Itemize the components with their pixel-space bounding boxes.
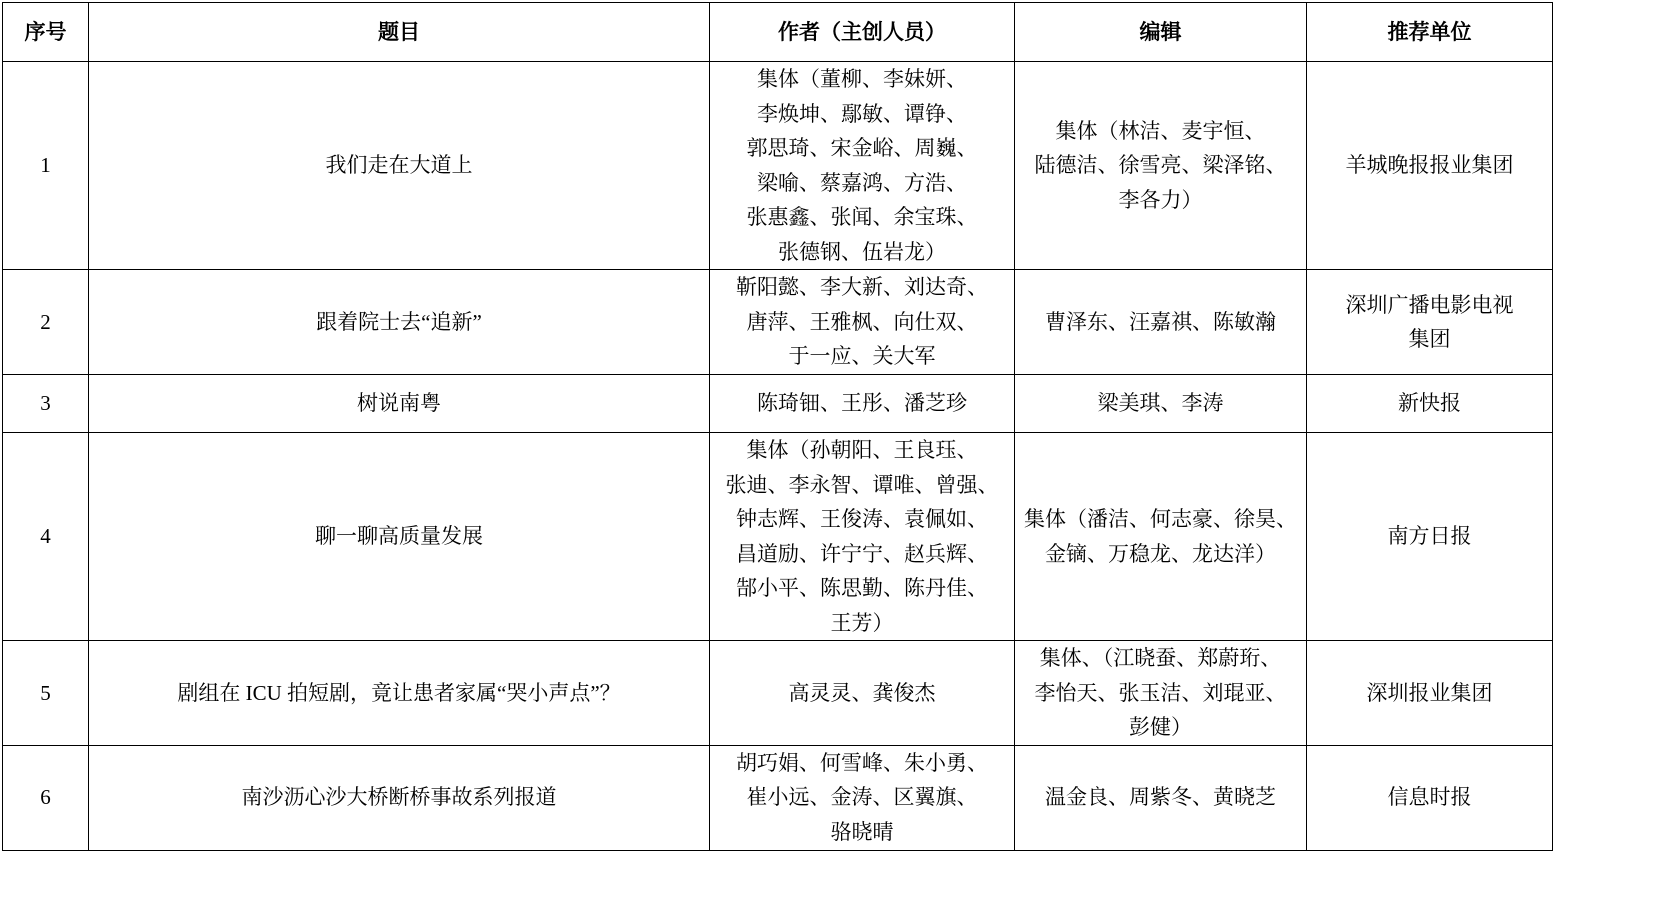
cell-author: 陈琦钿、王彤、潘芝珍 — [710, 375, 1015, 433]
cell-editor: 集体、（江晓蚕、郑蔚珩、 李怡天、张玉洁、刘琨亚、 彭健） — [1015, 641, 1307, 746]
author-line: 唐萍、王雅枫、向仕双、 — [718, 305, 1006, 340]
cell-index: 6 — [3, 745, 89, 850]
editor-line: 彭健） — [1023, 710, 1298, 745]
author-line: 郭思琦、宋金峪、周巍、 — [718, 131, 1006, 166]
header-unit: 推荐单位 — [1307, 3, 1553, 62]
author-line: 骆晓晴 — [718, 815, 1006, 850]
awards-table: 序号 题目 作者（主创人员） 编辑 推荐单位 1 我们走在大道上 集体（董柳、李… — [2, 2, 1553, 851]
header-index: 序号 — [3, 3, 89, 62]
author-line: 钟志辉、王俊涛、袁佩如、 — [718, 502, 1006, 537]
unit-line: 深圳广播电影电视 — [1315, 288, 1544, 323]
table-row: 4 聊一聊高质量发展 集体（孙朝阳、王良珏、 张迪、李永智、谭唯、曾强、 钟志辉… — [3, 433, 1553, 641]
author-line: 胡巧娟、何雪峰、朱小勇、 — [718, 746, 1006, 781]
cell-title: 剧组在 ICU 拍短剧，竟让患者家属“哭小声点”？ — [89, 641, 710, 746]
cell-unit: 深圳报业集团 — [1307, 641, 1553, 746]
table-row: 6 南沙沥心沙大桥断桥事故系列报道 胡巧娟、何雪峰、朱小勇、 崔小远、金涛、区翼… — [3, 745, 1553, 850]
cell-index: 4 — [3, 433, 89, 641]
unit-line: 新快报 — [1315, 386, 1544, 421]
author-line: 崔小远、金涛、区翼旗、 — [718, 780, 1006, 815]
table-row: 5 剧组在 ICU 拍短剧，竟让患者家属“哭小声点”？ 高灵灵、龚俊杰 集体、（… — [3, 641, 1553, 746]
editor-line: 李怡天、张玉洁、刘琨亚、 — [1023, 676, 1298, 711]
cell-index: 2 — [3, 270, 89, 375]
author-line: 梁喻、蔡嘉鸿、方浩、 — [718, 166, 1006, 201]
cell-title: 跟着院士去“追新” — [89, 270, 710, 375]
author-line: 于一应、关大军 — [718, 339, 1006, 374]
cell-title: 我们走在大道上 — [89, 62, 710, 270]
header-title: 题目 — [89, 3, 710, 62]
editor-line: 陆德洁、徐雪亮、梁泽铭、 — [1023, 148, 1298, 183]
header-editor: 编辑 — [1015, 3, 1307, 62]
table-row: 2 跟着院士去“追新” 靳阳懿、李大新、刘达奇、 唐萍、王雅枫、向仕双、 于一应… — [3, 270, 1553, 375]
editor-line: 集体（潘洁、何志豪、徐昊、 — [1023, 502, 1298, 537]
cell-author: 高灵灵、龚俊杰 — [710, 641, 1015, 746]
table-row: 1 我们走在大道上 集体（董柳、李妹妍、 李焕坤、鄢敏、谭铮、 郭思琦、宋金峪、… — [3, 62, 1553, 270]
author-line: 集体（董柳、李妹妍、 — [718, 62, 1006, 97]
cell-title: 树说南粤 — [89, 375, 710, 433]
cell-index: 3 — [3, 375, 89, 433]
cell-title: 聊一聊高质量发展 — [89, 433, 710, 641]
cell-index: 1 — [3, 62, 89, 270]
author-line: 李焕坤、鄢敏、谭铮、 — [718, 97, 1006, 132]
editor-line: 金镝、万稳龙、龙达洋） — [1023, 537, 1298, 572]
cell-unit: 羊城晚报报业集团 — [1307, 62, 1553, 270]
cell-title: 南沙沥心沙大桥断桥事故系列报道 — [89, 745, 710, 850]
editor-line: 集体（林洁、麦宇恒、 — [1023, 114, 1298, 149]
cell-editor: 梁美琪、李涛 — [1015, 375, 1307, 433]
cell-author: 集体（董柳、李妹妍、 李焕坤、鄢敏、谭铮、 郭思琦、宋金峪、周巍、 梁喻、蔡嘉鸿… — [710, 62, 1015, 270]
author-line: 郜小平、陈思勤、陈丹佳、 — [718, 571, 1006, 606]
unit-line: 羊城晚报报业集团 — [1315, 148, 1544, 183]
editor-line: 集体、（江晓蚕、郑蔚珩、 — [1023, 641, 1298, 676]
unit-line: 南方日报 — [1315, 519, 1544, 554]
author-line: 陈琦钿、王彤、潘芝珍 — [718, 386, 1006, 421]
cell-unit: 深圳广播电影电视 集团 — [1307, 270, 1553, 375]
cell-unit: 信息时报 — [1307, 745, 1553, 850]
unit-line: 深圳报业集团 — [1315, 676, 1544, 711]
author-line: 王芳） — [718, 606, 1006, 641]
cell-unit: 新快报 — [1307, 375, 1553, 433]
author-line: 集体（孙朝阳、王良珏、 — [718, 433, 1006, 468]
table-row: 3 树说南粤 陈琦钿、王彤、潘芝珍 梁美琪、李涛 新快报 — [3, 375, 1553, 433]
cell-editor: 温金良、周紫冬、黄晓芝 — [1015, 745, 1307, 850]
header-row: 序号 题目 作者（主创人员） 编辑 推荐单位 — [3, 3, 1553, 62]
cell-editor: 集体（潘洁、何志豪、徐昊、 金镝、万稳龙、龙达洋） — [1015, 433, 1307, 641]
author-line: 昌道励、许宁宁、赵兵辉、 — [718, 537, 1006, 572]
cell-author: 靳阳懿、李大新、刘达奇、 唐萍、王雅枫、向仕双、 于一应、关大军 — [710, 270, 1015, 375]
cell-author: 集体（孙朝阳、王良珏、 张迪、李永智、谭唯、曾强、 钟志辉、王俊涛、袁佩如、 昌… — [710, 433, 1015, 641]
author-line: 靳阳懿、李大新、刘达奇、 — [718, 270, 1006, 305]
cell-editor: 曹泽东、汪嘉祺、陈敏瀚 — [1015, 270, 1307, 375]
editor-line: 梁美琪、李涛 — [1023, 386, 1298, 421]
author-line: 高灵灵、龚俊杰 — [718, 676, 1006, 711]
cell-author: 胡巧娟、何雪峰、朱小勇、 崔小远、金涛、区翼旗、 骆晓晴 — [710, 745, 1015, 850]
cell-editor: 集体（林洁、麦宇恒、 陆德洁、徐雪亮、梁泽铭、 李各力） — [1015, 62, 1307, 270]
author-line: 张惠鑫、张闻、余宝珠、 — [718, 200, 1006, 235]
unit-line: 集团 — [1315, 322, 1544, 357]
cell-unit: 南方日报 — [1307, 433, 1553, 641]
editor-line: 温金良、周紫冬、黄晓芝 — [1023, 780, 1298, 815]
author-line: 张德钢、伍岩龙） — [718, 235, 1006, 270]
editor-line: 李各力） — [1023, 183, 1298, 218]
header-author: 作者（主创人员） — [710, 3, 1015, 62]
unit-line: 信息时报 — [1315, 780, 1544, 815]
editor-line: 曹泽东、汪嘉祺、陈敏瀚 — [1023, 305, 1298, 340]
author-line: 张迪、李永智、谭唯、曾强、 — [718, 468, 1006, 503]
cell-index: 5 — [3, 641, 89, 746]
